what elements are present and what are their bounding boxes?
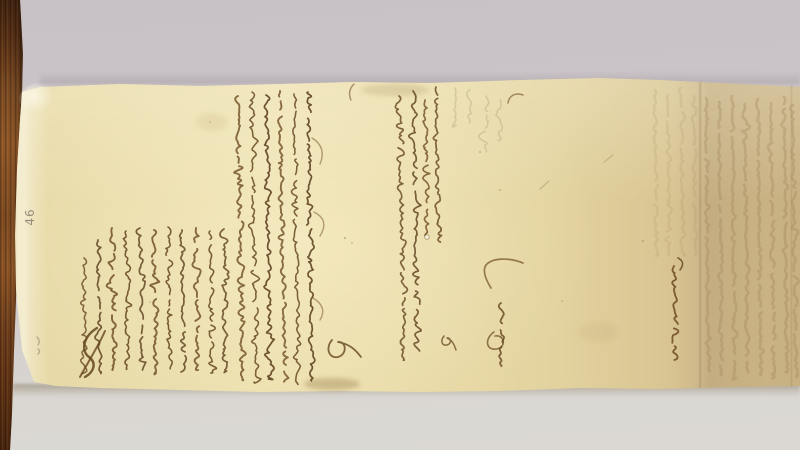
paper-fold-crease xyxy=(698,82,702,388)
paper-right-crease xyxy=(790,85,793,387)
paper-corner-curl xyxy=(20,84,54,114)
manuscript-sheet xyxy=(0,0,800,450)
photo-scene: 46 xyxy=(0,0,800,450)
folio-number: 46 xyxy=(13,205,47,229)
